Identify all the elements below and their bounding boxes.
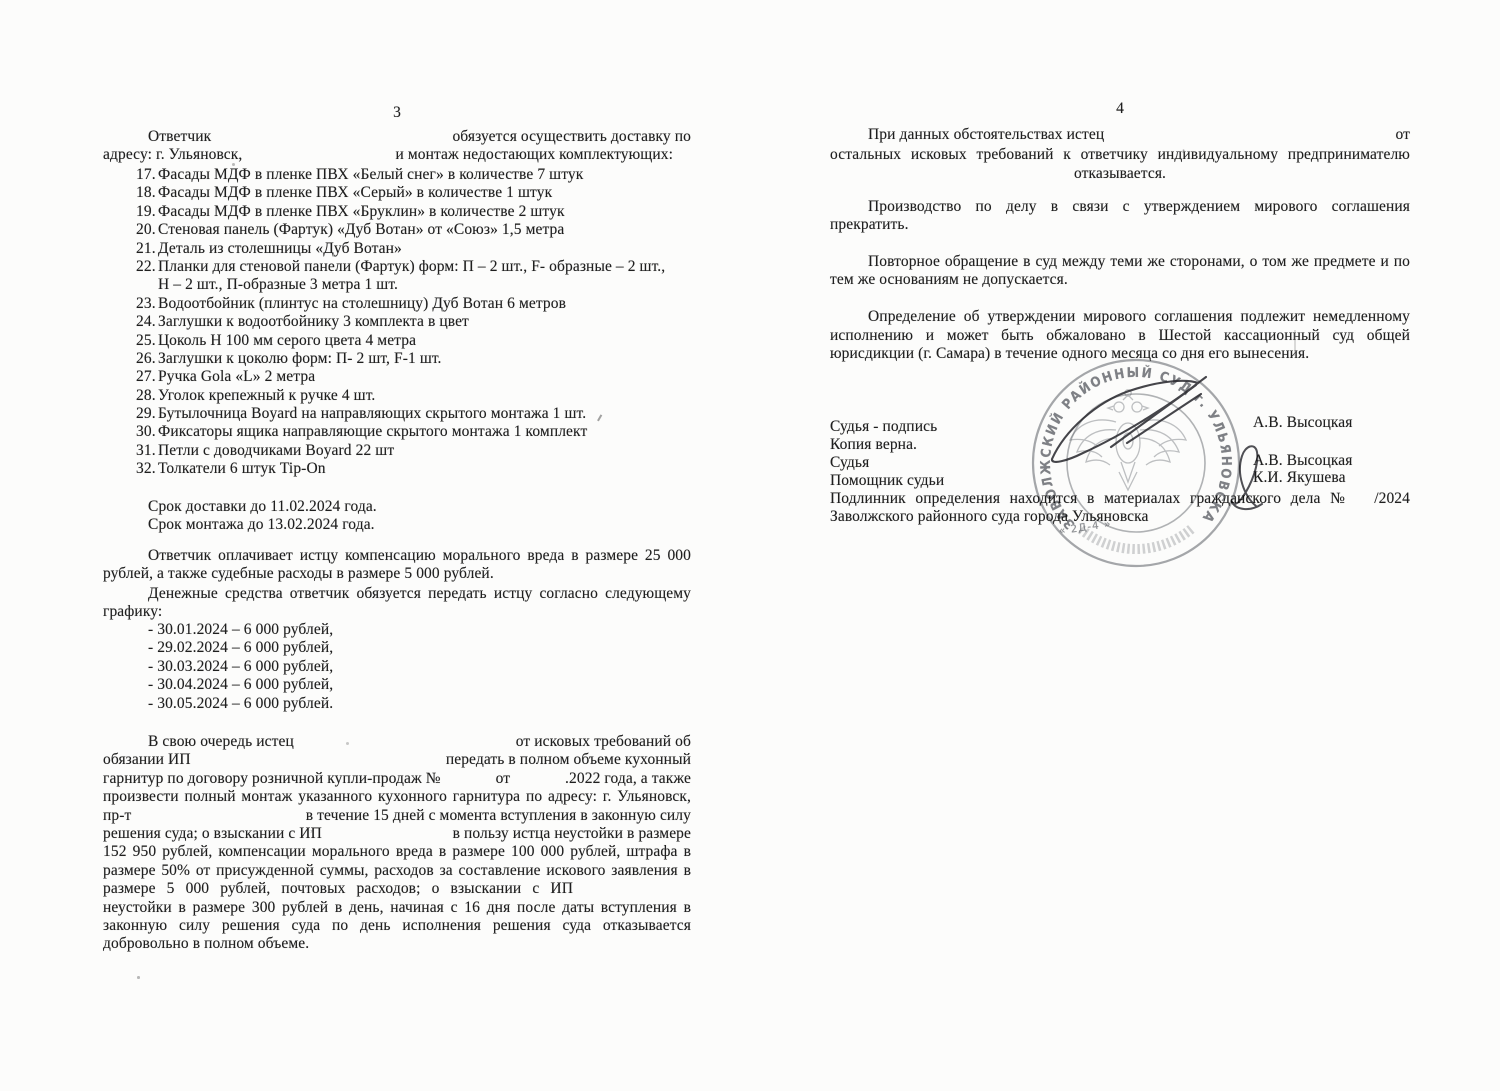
text-segment: в пользу истца неустойки в размере <box>453 825 691 843</box>
schedule-intro-paragraph: Денежные средства ответчик обязуется пер… <box>103 585 691 622</box>
judge-name: А.В. Высоцкая <box>1253 414 1352 432</box>
text-segment: .2022 года, а также <box>565 770 691 788</box>
paragraph-line: неустойки в размере 300 рублей в день, н… <box>103 899 691 917</box>
paragraph-line: графику: <box>103 603 691 621</box>
paragraph-line: исполнению и может быть обжаловано в Шес… <box>830 327 1410 346</box>
paragraph-line: пр-т в течение 15 дней с момента вступле… <box>103 807 691 825</box>
paragraph-line: В свою очередь истец от исковых требован… <box>103 733 691 751</box>
paragraph-line: тем же основаниям не допускается. <box>830 271 1410 289</box>
list-item-text: Фасады МДФ в пленке ПВХ «Серый» в количе… <box>158 184 552 201</box>
text-segment: гарнитур по договору розничной купли-про… <box>103 770 441 788</box>
paragraph-line: законную силу решения суда по день испол… <box>103 917 691 935</box>
list-item-text: Бутылочница Boyard на направляющих скрыт… <box>158 405 586 422</box>
list-item-25: 25.Цоколь Н 100 мм серого цвета 4 метра <box>103 332 691 350</box>
list-item-text: Планки для стеновой панели (Фартук) форм… <box>158 258 665 275</box>
scanned-court-document: 3 Ответчик обязуется осуществить доставк… <box>0 0 1500 1091</box>
list-item-number: 22. <box>136 258 156 276</box>
list-item-number: 26. <box>136 350 156 368</box>
intro-line-1: Ответчик обязуется осуществить доставку … <box>103 128 691 146</box>
schedule-row: - 30.01.2024 – 6 000 рублей, <box>103 621 691 639</box>
page-number: 4 <box>830 100 1410 118</box>
list-item-20: 20.Стеновая панель (Фартук) «Дуб Вотан» … <box>103 221 691 239</box>
text-segment: передать в полном объеме кухонный <box>446 751 691 769</box>
copy-correct-label: Копия верна. <box>830 436 917 454</box>
installation-deadline: Срок монтажа до 13.02.2024 года. <box>103 516 691 534</box>
refusal-line-2: остальных исковых требований к ответчику… <box>830 146 1410 164</box>
list-item-number: 25. <box>136 332 156 350</box>
text-segment: В свою очередь истец <box>148 733 294 751</box>
list-item-text: Деталь из столешницы «Дуб Вотан» <box>158 240 402 257</box>
repeat-appeal-paragraph: Повторное обращение в суд между теми же … <box>830 253 1410 290</box>
paragraph-line: Определение об утверждении мирового согл… <box>830 308 1410 327</box>
list-item-text: Заглушки к цоколю форм: П- 2 шт, F-1 шт. <box>158 350 442 367</box>
list-item-23: 23.Водоотбойник (плинтус на столешницу) … <box>103 295 691 313</box>
paragraph-line: Повторное обращение в суд между теми же … <box>830 253 1410 271</box>
list-item-17: 17.Фасады МДФ в пленке ПВХ «Белый снег» … <box>103 166 691 184</box>
list-item-number: 19. <box>136 203 156 221</box>
list-item-text: Фасады МДФ в пленке ПВХ «Белый снег» в к… <box>158 166 583 183</box>
list-item-24: 24.Заглушки к водоотбойнику 3 комплекта … <box>103 313 691 331</box>
assistant-judge-name: К.И. Якушева <box>1253 469 1346 487</box>
page-3: 3 Ответчик обязуется осуществить доставк… <box>103 0 691 1091</box>
list-item-text: Фасады МДФ в пленке ПВХ «Бруклин» в коли… <box>158 203 565 220</box>
appeal-paragraph: Определение об утверждении мирового согл… <box>830 308 1410 364</box>
list-item-28: 28.Уголок крепежный к ручке 4 шт. <box>103 387 691 405</box>
waiver-paragraph: В свою очередь истец от исковых требован… <box>103 733 691 954</box>
text-segment: При данных обстоятельствах истец <box>868 126 1104 144</box>
text-segment: и монтаж недостающих комплектующих: <box>395 146 691 164</box>
paragraph-line: гарнитур по договору розничной купли-про… <box>103 770 691 788</box>
original-note-line-2: Заволжского районного суда города Ульяно… <box>830 508 1410 526</box>
list-item-text: Толкатели 6 штук Tip-On <box>158 460 326 477</box>
list-item-31: 31.Петли с доводчиками Boyard 22 шт <box>103 442 691 460</box>
judge-label: Судья <box>830 454 869 472</box>
list-item-number: 28. <box>136 387 156 405</box>
list-item-18: 18.Фасады МДФ в пленке ПВХ «Серый» в кол… <box>103 184 691 202</box>
paragraph-line: обязании ИП передать в полном объеме кух… <box>103 751 691 769</box>
list-item-22-continuation: Н – 2 шт., П-образные 3 метра 1 шт. <box>103 276 691 294</box>
list-item-number: 20. <box>136 221 156 239</box>
schedule-row: - 30.04.2024 – 6 000 рублей, <box>103 676 691 694</box>
list-item-number: 18. <box>136 184 156 202</box>
list-item-number: 23. <box>136 295 156 313</box>
list-item-text: Уголок крепежный к ручке 4 шт. <box>158 387 375 404</box>
assistant-judge-label: Помощник судьи <box>830 472 944 490</box>
list-item-number: 17. <box>136 166 156 184</box>
text-segment: от исковых требований об <box>516 733 691 751</box>
paragraph-line: произвести полный монтаж указанного кухо… <box>103 788 691 806</box>
payment-schedule: - 30.01.2024 – 6 000 рублей, - 29.02.202… <box>103 621 691 713</box>
list-item-30: 30.Фиксаторы ящика направляющие скрытого… <box>103 423 691 441</box>
text-segment: адресу: г. Ульяновск, <box>103 146 242 164</box>
paragraph-line: размере 5 000 рублей, почтовых расходов;… <box>103 880 573 898</box>
termination-paragraph: Производство по делу в связи с утвержден… <box>830 198 1410 235</box>
paragraph-line: добровольно в полном объеме. <box>103 935 691 953</box>
text-segment: обязуется осуществить доставку по <box>452 128 691 146</box>
text-segment: Ответчик <box>148 128 211 146</box>
page-4: 4 При данных обстоятельствах истец от ос… <box>830 0 1410 1091</box>
list-item-22: 22.Планки для стеновой панели (Фартук) ф… <box>103 258 691 276</box>
intro-line-2: адресу: г. Ульяновск, и монтаж недостающ… <box>103 146 691 164</box>
list-item-number: 21. <box>136 240 156 258</box>
list-item-text: Петли с доводчиками Boyard 22 шт <box>158 442 394 459</box>
list-item-text: Фиксаторы ящика направляющие скрытого мо… <box>158 423 587 440</box>
paragraph-line: прекратить. <box>830 216 1410 234</box>
refusal-line-1: При данных обстоятельствах истец от <box>830 126 1410 144</box>
list-item-text: Цоколь Н 100 мм серого цвета 4 метра <box>158 332 416 349</box>
delivery-deadline: Срок доставки до 11.02.2024 года. <box>103 498 691 516</box>
paragraph-line: размере 50% от присужденной суммы, расхо… <box>103 862 691 880</box>
schedule-row: - 29.02.2024 – 6 000 рублей, <box>103 639 691 657</box>
list-item-21: 21.Деталь из столешницы «Дуб Вотан» <box>103 240 691 258</box>
schedule-row: - 30.05.2024 – 6 000 рублей. <box>103 695 691 713</box>
list-item-text: Ручка Gola «L» 2 метра <box>158 368 315 385</box>
text-segment: Подлинник определения находится в матери… <box>830 490 1345 508</box>
list-item-number: 32. <box>136 460 156 478</box>
paragraph-line: Производство по делу в связи с утвержден… <box>830 198 1410 216</box>
components-list: 17.Фасады МДФ в пленке ПВХ «Белый снег» … <box>103 166 691 479</box>
list-item-number: 27. <box>136 368 156 386</box>
list-item-number: 29. <box>136 405 156 423</box>
judge-name: А.В. Высоцкая <box>1253 452 1352 470</box>
paragraph-line: рублей, а также судебные расходы в разме… <box>103 565 691 583</box>
paragraph-line: Денежные средства ответчик обязуется пер… <box>103 585 691 603</box>
deadlines: Срок доставки до 11.02.2024 года. Срок м… <box>103 498 691 535</box>
list-item-number: 31. <box>136 442 156 460</box>
text-segment: в течение 15 дней с момента вступления в… <box>306 807 691 825</box>
judge-signature-label: Судья - подпись <box>830 418 937 436</box>
compensation-paragraph: Ответчик оплачивает истцу компенсацию мо… <box>103 547 691 584</box>
list-item-text: Стеновая панель (Фартук) «Дуб Вотан» от … <box>158 221 564 238</box>
text-segment: от <box>1395 126 1410 144</box>
schedule-row: - 30.03.2024 – 6 000 рублей, <box>103 658 691 676</box>
paragraph-line: Ответчик оплачивает истцу компенсацию мо… <box>103 547 691 565</box>
list-item-27: 27.Ручка Gola «L» 2 метра <box>103 368 691 386</box>
list-item-text: Н – 2 шт., П-образные 3 метра 1 шт. <box>158 276 398 293</box>
page-number: 3 <box>103 104 691 122</box>
text-segment: пр-т <box>103 807 131 825</box>
text-segment: обязании ИП <box>103 751 191 769</box>
text-segment: решения суда; о взыскании с ИП <box>103 825 322 843</box>
list-item-text: Водоотбойник (плинтус на столешницу) Дуб… <box>158 295 566 312</box>
list-item-text: Заглушки к водоотбойнику 3 комплекта в ц… <box>158 313 469 330</box>
list-item-32: 32.Толкатели 6 штук Tip-On <box>103 460 691 478</box>
original-note-line-1: Подлинник определения находится в матери… <box>830 490 1410 508</box>
paragraph-line: юрисдикции (г. Самара) в течение одного … <box>830 345 1410 364</box>
paragraph-line: решения суда; о взыскании с ИП в пользу … <box>103 825 691 843</box>
list-item-number: 30. <box>136 423 156 441</box>
paragraph-line: 152 950 рублей, компенсации морального в… <box>103 843 691 861</box>
refusal-line-3: отказывается. <box>830 165 1410 183</box>
list-item-29: 29.Бутылочница Boyard на направляющих ск… <box>103 405 691 423</box>
case-year: /2024 <box>1374 490 1410 508</box>
list-item-number: 24. <box>136 313 156 331</box>
text-segment: от <box>496 770 511 788</box>
list-item-19: 19.Фасады МДФ в пленке ПВХ «Бруклин» в к… <box>103 203 691 221</box>
list-item-26: 26.Заглушки к цоколю форм: П- 2 шт, F-1 … <box>103 350 691 368</box>
